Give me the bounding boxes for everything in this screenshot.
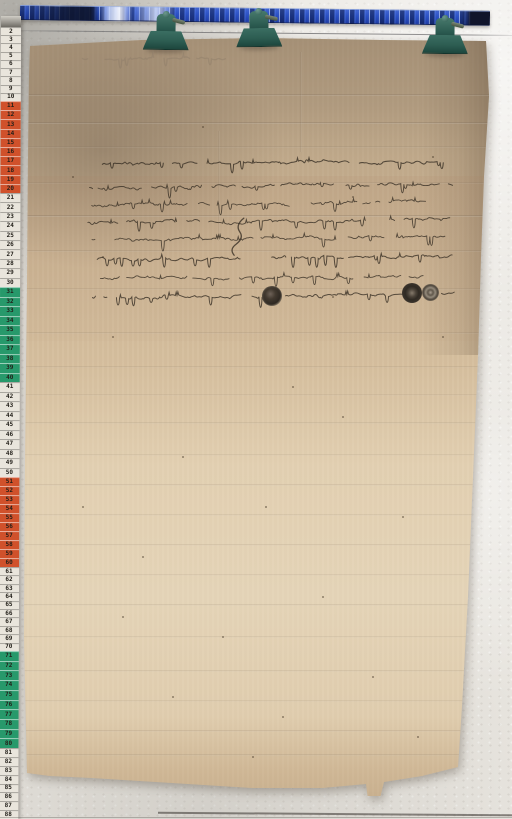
ruler-number: 74 <box>0 680 19 690</box>
clip-body <box>422 35 468 54</box>
ruler-number: 4 <box>1 43 21 51</box>
table-edge-line-faint <box>0 817 512 818</box>
ruler-number: 26 <box>0 240 20 249</box>
photo-stage: 2345678910111213141516171819202122232425… <box>0 0 512 819</box>
ruler-number: 62 <box>0 575 19 583</box>
handwriting-line <box>88 216 450 233</box>
ruler-number: 8 <box>1 76 21 84</box>
handwriting-line <box>92 291 262 309</box>
ruler-number: 44 <box>0 410 20 420</box>
ruler-number: 11 <box>1 101 21 110</box>
ruler-number: 43 <box>0 401 20 411</box>
bulldog-clip-left <box>142 12 191 51</box>
ruler-number: 42 <box>0 391 20 401</box>
ruler-number: 23 <box>0 212 20 221</box>
ruler-number: 12 <box>1 110 21 119</box>
ruler-number: 35 <box>0 325 20 335</box>
ruler-number: 71 <box>0 651 19 661</box>
ruler-number: 53 <box>0 495 19 504</box>
bulldog-clip-right <box>421 16 469 54</box>
ruler-number: 28 <box>0 259 20 268</box>
ruler-number: 27 <box>0 249 20 258</box>
ruler-decade: 31323334353637383940 <box>0 287 20 382</box>
ruler-number: 75 <box>0 690 19 700</box>
ruler-number: 18 <box>0 165 20 174</box>
ruler-number: 64 <box>0 592 19 600</box>
ruler-number: 6 <box>1 60 21 68</box>
ruler-number: 85 <box>0 783 18 792</box>
ruler-number: 31 <box>0 287 20 297</box>
ruler-number: 69 <box>0 634 19 642</box>
ruler-number: 80 <box>0 738 18 748</box>
ruler-number: 14 <box>1 129 21 138</box>
ruler-number: 45 <box>0 420 20 430</box>
ruler-number: 55 <box>0 513 19 522</box>
ruler-number: 63 <box>0 584 19 592</box>
ruler-number: 37 <box>0 344 20 354</box>
ruler-number: 32 <box>0 296 20 306</box>
ruler-decade: 21222324252627282930 <box>0 193 20 287</box>
ruler-number: 66 <box>0 609 19 617</box>
ruler-number: 13 <box>1 119 21 128</box>
ruler-number: 72 <box>0 661 19 671</box>
ruler-number: 61 <box>0 567 19 575</box>
ruler-number: 17 <box>0 156 20 165</box>
ruler-number: 10 <box>1 93 21 101</box>
ruler-number: 51 <box>0 477 19 486</box>
ruler-number: 70 <box>0 643 19 651</box>
clip-knob <box>255 8 262 15</box>
ruler-number: 40 <box>0 372 20 382</box>
ruler-number: 58 <box>0 540 19 549</box>
ruler-number: 86 <box>0 792 18 801</box>
ink-seal-3 <box>422 284 439 301</box>
ruler-number: 82 <box>0 757 18 766</box>
ruler-number: 48 <box>0 448 19 458</box>
clip-knob <box>442 15 449 22</box>
ruler-number: 33 <box>0 306 20 316</box>
ruler-number: 16 <box>1 147 21 156</box>
ruler-number: 36 <box>0 334 20 344</box>
ruler-number: 49 <box>0 458 19 468</box>
handwriting-line <box>100 272 423 288</box>
ruler-number: 83 <box>0 766 18 775</box>
ruler-number: 15 <box>1 138 21 147</box>
ruler-number: 38 <box>0 353 20 363</box>
paper-speckles <box>22 36 24 38</box>
faded-header-script-line <box>82 53 236 68</box>
ruler-number: 77 <box>0 709 19 719</box>
handwriting-line <box>102 157 443 174</box>
ruler-number: 65 <box>0 601 19 609</box>
ruler-number: 39 <box>0 363 20 373</box>
handwriting-line <box>97 252 452 270</box>
manuscript-paper-wrap <box>22 36 492 796</box>
ruler-number: 68 <box>0 626 19 634</box>
ruler-number: 87 <box>0 801 18 810</box>
ruler-decade: 71727374757677787980 <box>0 651 19 748</box>
clip-body <box>143 31 189 51</box>
ruler-number: 25 <box>0 231 20 240</box>
handwriting-line <box>285 291 402 304</box>
handwriting-line <box>92 232 445 252</box>
ruler-decade: 11121314151617181920 <box>0 101 20 193</box>
handwritten-text-block <box>22 36 492 796</box>
ruler-number: 21 <box>0 193 20 202</box>
ruler-decade: 8182838485868788 <box>0 748 18 819</box>
ruler-number: 59 <box>0 549 19 558</box>
ruler-number: 52 <box>0 486 19 495</box>
handwriting-line <box>441 292 463 294</box>
clip-knob <box>163 11 170 18</box>
ruler-number: 79 <box>0 729 19 739</box>
ruler-number: 78 <box>0 719 19 729</box>
ruler-number: 41 <box>0 382 20 392</box>
ruler-number: 57 <box>0 531 19 540</box>
left-surveyor-tape: 2345678910111213141516171819202122232425… <box>0 16 21 819</box>
ink-seal-2 <box>402 283 422 303</box>
ruler-number: 50 <box>0 467 19 477</box>
ruler-number: 54 <box>0 504 19 513</box>
ruler-number: 19 <box>0 175 20 184</box>
ruler-number: 56 <box>0 522 19 531</box>
ink-seal-1 <box>262 286 282 306</box>
ruler-number: 3 <box>1 35 21 43</box>
ruler-number: 30 <box>0 278 20 287</box>
manuscript-paper <box>22 36 492 796</box>
ruler-decade: 41424344454647484950 <box>0 382 20 477</box>
ruler-number: 34 <box>0 315 20 325</box>
ruler-number: 47 <box>0 439 20 449</box>
ruler-number: 46 <box>0 429 20 439</box>
ruler-number: 20 <box>0 184 20 193</box>
clip-body <box>236 28 282 48</box>
ruler-number: 22 <box>0 202 20 211</box>
ruler-number: 73 <box>0 670 19 680</box>
ruler-number: 84 <box>0 775 18 784</box>
ruler-number: 5 <box>1 52 21 60</box>
ruler-number: 60 <box>0 558 19 567</box>
ruler-number: 29 <box>0 268 20 277</box>
ruler-number: 2 <box>1 27 21 35</box>
ruler-decade: 51525354555657585960 <box>0 477 19 567</box>
bulldog-clip-middle <box>235 9 284 48</box>
ruler-number: 76 <box>0 700 19 710</box>
ruler-number: 9 <box>1 85 21 93</box>
handwriting-line <box>92 197 426 216</box>
ruler-number: 7 <box>1 68 21 76</box>
ruler-decade: 2345678910 <box>1 27 21 101</box>
ruler-number: 81 <box>0 748 18 757</box>
handwriting-line <box>90 181 453 198</box>
ruler-number: 24 <box>0 221 20 230</box>
ruler-decade: 61626364656667686970 <box>0 567 19 651</box>
ruler-number: 67 <box>0 617 19 625</box>
